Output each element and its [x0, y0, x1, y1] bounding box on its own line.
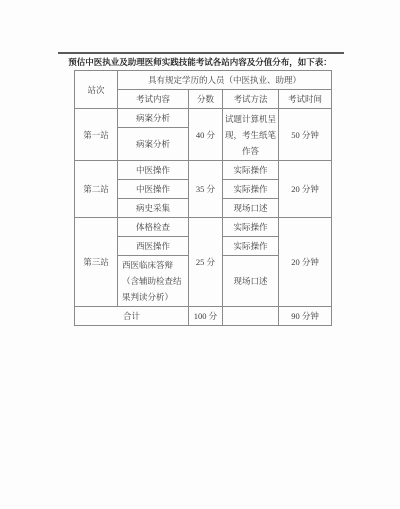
total-row: 合计 100 分 90 分钟 — [75, 307, 332, 326]
exam-content-cell: 病案分析 — [118, 109, 189, 128]
station-name-cell: 第二站 — [75, 161, 118, 218]
exam-content-cell: 体格检查 — [118, 218, 189, 237]
group-header-cell: 具有规定学历的人员（中医执业、助理） — [118, 71, 332, 90]
method-cell: 实际操作 — [223, 218, 279, 237]
time-cell: 20 分钟 — [279, 161, 332, 218]
method-cell: 现场口述 — [223, 199, 279, 218]
score-cell: 40 分 — [189, 109, 223, 161]
table-caption: 预估中医执业及助理医师实践技能考试各站内容及分值分布，如下表： — [0, 56, 400, 68]
document-page: 预估中医执业及助理医师实践技能考试各站内容及分值分布，如下表： 站次 具有规定学… — [0, 0, 400, 509]
exam-content-cell: 西医临床答辩（含辅助检查结果判读分析） — [118, 256, 189, 307]
method-cell: 实际操作 — [223, 161, 279, 180]
corner-cell: 站次 — [75, 71, 118, 109]
time-cell: 50 分钟 — [279, 109, 332, 161]
score-cell: 35 分 — [189, 161, 223, 218]
col-header-method: 考试方法 — [223, 90, 279, 109]
header-row-1: 站次 具有规定学历的人员（中医执业、助理） — [75, 71, 332, 90]
exam-content-cell: 病案分析 — [118, 128, 189, 161]
score-cell: 25 分 — [189, 218, 223, 307]
method-cell: 实际操作 — [223, 180, 279, 199]
total-score-cell: 100 分 — [189, 307, 223, 326]
table-row: 第二站 中医操作 35 分 实际操作 20 分钟 — [75, 161, 332, 180]
col-header-time: 考试时间 — [279, 90, 332, 109]
table-row: 第三站 体格检查 25 分 实际操作 20 分钟 — [75, 218, 332, 237]
col-header-content: 考试内容 — [118, 90, 189, 109]
exam-distribution-table: 站次 具有规定学历的人员（中医执业、助理） 考试内容 分数 考试方法 考试时间 … — [74, 70, 332, 326]
top-divider — [58, 52, 344, 54]
exam-content-cell: 中医操作 — [118, 161, 189, 180]
col-header-score: 分数 — [189, 90, 223, 109]
exam-content-cell: 病史采集 — [118, 199, 189, 218]
exam-content-cell: 中医操作 — [118, 180, 189, 199]
method-cell: 试题计算机呈现，考生纸笔作答 — [223, 109, 279, 161]
exam-content-cell: 西医操作 — [118, 237, 189, 256]
method-cell: 实际操作 — [223, 237, 279, 256]
total-method-cell — [223, 307, 279, 326]
table-row: 第一站 病案分析 40 分 试题计算机呈现，考生纸笔作答 50 分钟 — [75, 109, 332, 128]
station-name-cell: 第一站 — [75, 109, 118, 161]
time-cell: 20 分钟 — [279, 218, 332, 307]
method-cell: 现场口述 — [223, 256, 279, 307]
total-label-cell: 合计 — [75, 307, 189, 326]
total-time-cell: 90 分钟 — [279, 307, 332, 326]
station-name-cell: 第三站 — [75, 218, 118, 307]
